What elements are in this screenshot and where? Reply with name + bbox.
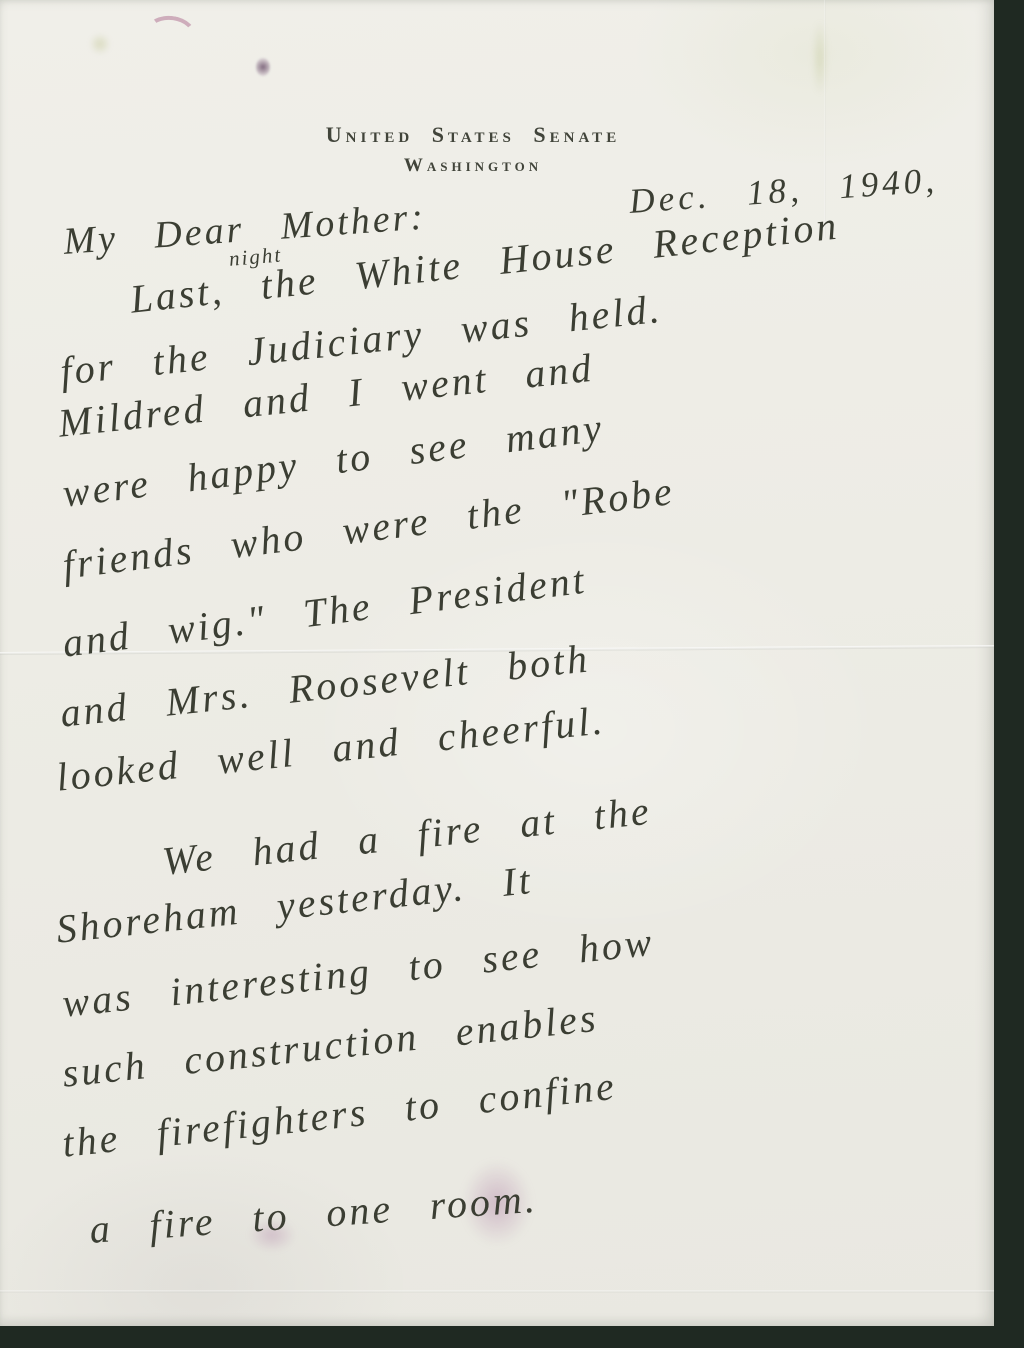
green-smudge-top-left	[90, 32, 110, 56]
letter-page: United States Senate Washington Dec. 18,…	[0, 0, 994, 1326]
handwritten-line: a fire to one room.	[88, 1175, 539, 1253]
purple-speck-stain	[256, 58, 270, 76]
scanned-letter-canvas: United States Senate Washington Dec. 18,…	[0, 0, 1024, 1348]
letterhead-subtitle: Washington	[253, 155, 693, 177]
letterhead: United States Senate Washington	[253, 122, 693, 177]
pink-ink-stain	[144, 13, 199, 56]
letterhead-title: United States Senate	[253, 122, 693, 148]
fold-crease-bottom	[0, 1290, 994, 1293]
